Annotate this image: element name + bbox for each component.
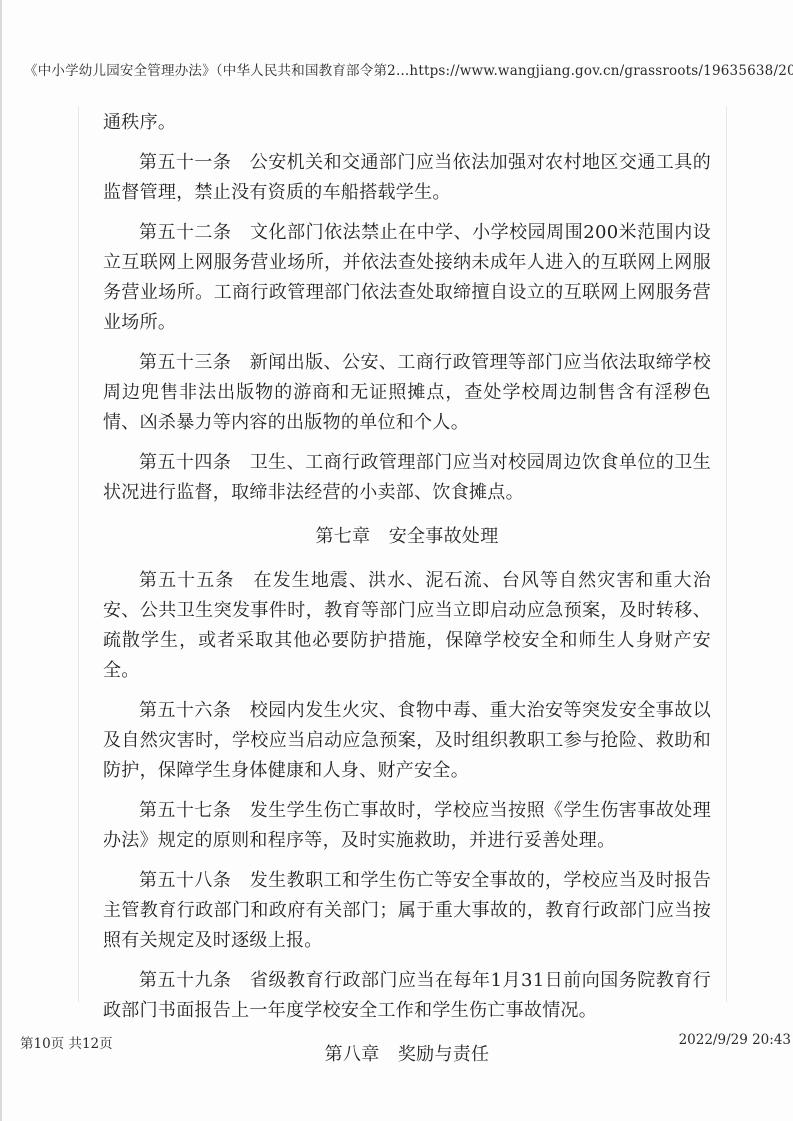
article-58-paragraph: 第五十八条 发生教职工和学生伤亡等安全事故的，学校应当及时报告主管教育行政部门和…	[103, 866, 711, 956]
chapter-7-heading: 第七章 安全事故处理	[103, 522, 711, 552]
article-56-paragraph: 第五十六条 校园内发生火灾、食物中毒、重大治安等突发安全事故以及自然灾害时，学校…	[103, 696, 711, 786]
print-timestamp: 2022/9/29 20:43	[679, 1032, 791, 1052]
article-51-paragraph: 第五十一条 公安机关和交通部门应当依法加强对农村地区交通工具的监督管理，禁止没有…	[103, 148, 711, 208]
article-53-paragraph: 第五十三条 新闻出版、公安、工商行政管理等部门应当依法取缔学校周边兜售非法出版物…	[103, 348, 711, 438]
page-number: 第10页 共12页	[20, 1032, 113, 1052]
article-57-paragraph: 第五十七条 发生学生伤亡事故时，学校应当按照《学生伤害事故处理办法》规定的原则和…	[103, 796, 711, 856]
document-url: https://www.wangjiang.gov.cn/grassroots/…	[409, 63, 793, 79]
article-55-paragraph: 第五十五条 在发生地震、洪水、泥石流、台风等自然灾害和重大治安、公共卫生突发事件…	[103, 566, 711, 686]
article-59-paragraph: 第五十九条 省级教育行政部门应当在每年1月31日前向国务院教育行政部门书面报告上…	[103, 966, 711, 1026]
article-52-paragraph: 第五十二条 文化部门依法禁止在中学、小学校园周围200米范围内设立互联网上网服务…	[103, 218, 711, 338]
article-54-paragraph: 第五十四条 卫生、工商行政管理部门应当对校园周边饮食单位的卫生状况进行监督，取缔…	[103, 448, 711, 508]
print-footer: 第10页 共12页 2022/9/29 20:43	[20, 1032, 791, 1052]
printed-document-page: 《中小学幼儿园安全管理办法》（中华人民共和国教育部令第2... https://…	[0, 0, 793, 1121]
document-body: 通秩序。 第五十一条 公安机关和交通部门应当依法加强对农村地区交通工具的监督管理…	[103, 108, 711, 1084]
print-header: 《中小学幼儿园安全管理办法》（中华人民共和国教育部令第2... https://…	[24, 59, 781, 79]
paragraph-continuation: 通秩序。	[103, 108, 711, 138]
content-box-left-border	[78, 106, 79, 1002]
scan-edge-artifact	[0, 0, 2, 1121]
document-title: 《中小学幼儿园安全管理办法》（中华人民共和国教育部令第2...	[24, 59, 409, 79]
content-box-right-border	[726, 106, 727, 1002]
